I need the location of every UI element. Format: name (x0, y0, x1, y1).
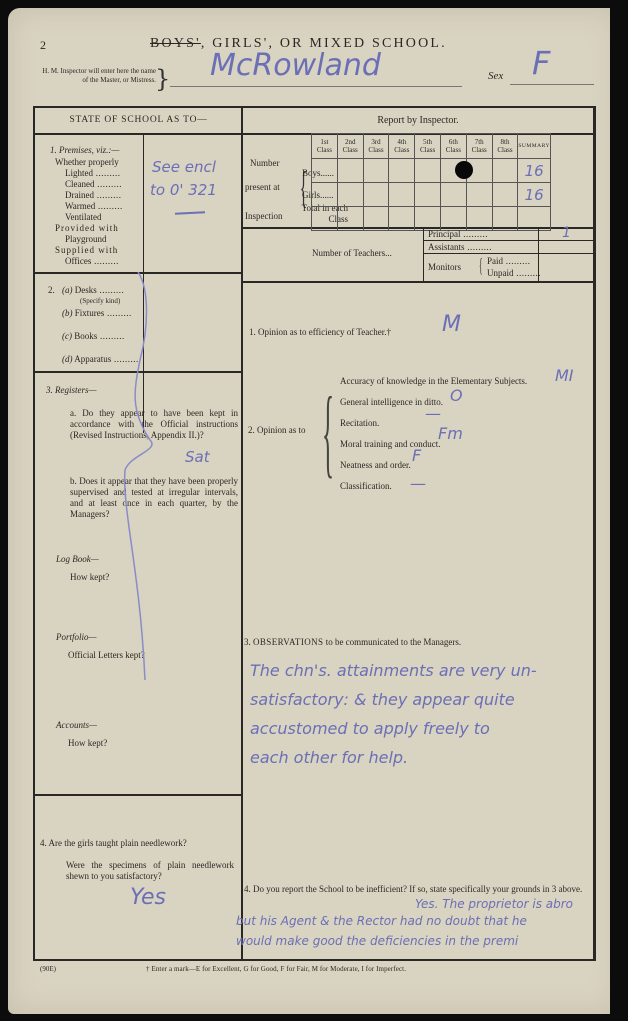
class-header: 3rd Class (363, 134, 389, 159)
observation-line: each other for help. (250, 743, 600, 772)
sex-handwritten[interactable]: F (532, 44, 550, 82)
teachers-unpaid-label: Unpaid (487, 268, 541, 279)
opinion-item-value[interactable]: F (412, 446, 421, 465)
opinion-teacher-label: 1. Opinion as to efficiency of Teacher.† (249, 327, 391, 338)
page-number: 2 (40, 38, 46, 53)
opinion-item-value[interactable]: — (410, 474, 426, 493)
teachers-bottom-rule (241, 281, 595, 283)
summary-cell[interactable]: 16 (518, 159, 551, 183)
summary-cell[interactable]: 16 (518, 183, 551, 207)
class-cell[interactable] (440, 207, 466, 231)
teachers-principal-label: Principal (428, 229, 488, 240)
sex-line (510, 84, 594, 85)
needlework-answer-handwritten[interactable]: Yes (130, 885, 166, 910)
premises-line: Playground (65, 234, 107, 245)
opinion-item-label: Moral training and conduct. (340, 439, 440, 450)
equipment-key: (d) (62, 354, 73, 364)
observations-label: 3. OBSERVATIONS to be communicated to th… (244, 637, 461, 648)
scan-border (610, 0, 628, 1021)
equipment-number: 2. (48, 285, 55, 296)
class-cell[interactable] (363, 159, 389, 183)
accounts-label: Accounts— (56, 720, 97, 731)
teachers-assistants-label: Assistants (428, 242, 492, 253)
class-cell[interactable] (363, 183, 389, 207)
opinion-item-value[interactable]: Fm (438, 424, 463, 443)
class-header: 2nd Class (337, 134, 363, 159)
premises-line: Offices (65, 256, 119, 267)
portfolio-label: Portfolio— (56, 632, 97, 643)
observation-line: accustomed to apply freely to (250, 714, 600, 743)
class-cell[interactable] (492, 207, 518, 231)
teachers-principal-value[interactable]: 1 (562, 225, 571, 241)
column-divider (241, 106, 243, 961)
observation-line: The chn's. attainments are very un- (250, 656, 600, 685)
class-cell[interactable] (312, 159, 338, 183)
right-heading: Report by Inspector. (242, 115, 594, 126)
class-cell[interactable] (337, 183, 363, 207)
equipment-label: Books (74, 331, 125, 341)
form-code: (90E) (40, 965, 56, 973)
opinion-item-label: Recitation. (340, 418, 379, 429)
summary-cell[interactable] (518, 207, 551, 231)
number-label: Number (250, 158, 280, 169)
opinion-item-value[interactable]: O (450, 386, 463, 405)
inefficient-answer-line[interactable]: Yes. The proprietor is abro (415, 897, 573, 911)
class-cell[interactable] (363, 207, 389, 231)
left-heading-rule (33, 133, 242, 135)
opinion-item-label: Classification. (340, 481, 392, 492)
class-attendance-table: 1st Class2nd Class3rd Class4th Class5th … (311, 133, 551, 231)
form-frame (33, 106, 595, 961)
premises-line: Cleaned (65, 179, 122, 190)
class-cell[interactable] (440, 183, 466, 207)
equipment-label: Desks (75, 285, 125, 295)
master-name-handwritten[interactable]: McRowland (210, 48, 381, 83)
premises-handwritten[interactable]: See encl (152, 158, 216, 176)
registers-bottom-rule (33, 794, 242, 796)
observations-handwritten[interactable]: The chn's. attainments are very un- sati… (250, 656, 600, 772)
premises-line: Lighted (65, 168, 121, 179)
equipment-key: (a) (62, 285, 73, 295)
opinion-item-value[interactable]: MI (555, 366, 574, 385)
teachers-paid-label: Paid (487, 256, 531, 267)
class-cell[interactable] (492, 159, 518, 183)
class-cell[interactable] (415, 183, 441, 207)
premises-line: Whether properly (55, 157, 119, 168)
brace-icon: { (479, 255, 483, 278)
class-cell[interactable] (337, 207, 363, 231)
class-cell[interactable] (415, 207, 441, 231)
log-book-question: How kept? (70, 572, 109, 583)
registers-answer-handwritten[interactable]: Sat (185, 448, 210, 466)
class-header: SUMMARY (518, 134, 551, 159)
class-cell[interactable] (389, 159, 415, 183)
title-struck-word: BOYS' (150, 36, 201, 51)
right-edge (594, 106, 596, 961)
teachers-label: Number of Teachers... (312, 248, 392, 259)
premises-line: Provided with (55, 223, 119, 234)
opinion-as-to-label: 2. Opinion as to (248, 425, 306, 436)
class-header: 1st Class (312, 134, 338, 159)
class-header: 7th Class (466, 134, 492, 159)
equipment-key: (c) (62, 331, 72, 341)
needlework-question-1: 4. Are the girls taught plain needlework… (40, 838, 187, 849)
class-header: 8th Class (492, 134, 518, 159)
brace-icon: { (322, 372, 334, 492)
class-cell[interactable] (492, 183, 518, 207)
accounts-question: How kept? (68, 738, 107, 749)
inspector-note: H. M. Inspector will enter here the name… (38, 67, 156, 85)
class-header: 4th Class (389, 134, 415, 159)
class-cell[interactable] (389, 207, 415, 231)
premises-line: Supplied with (55, 245, 118, 256)
class-cell[interactable] (466, 207, 492, 231)
needlework-question-2: Were the specimens of plain needlework s… (66, 860, 234, 882)
premises-line: Drained (65, 190, 122, 201)
sex-label: Sex (488, 70, 503, 82)
class-cell[interactable] (312, 207, 338, 231)
inefficient-question: 4. Do you report the School to be ineffi… (244, 884, 589, 894)
class-cell[interactable] (312, 183, 338, 207)
inefficient-answer-line[interactable]: would make good the deficiencies in the … (236, 934, 518, 948)
teachers-rule (423, 253, 594, 254)
master-name-line (170, 86, 462, 87)
equipment-note: (Specify kind) (80, 297, 120, 305)
premises-line: Warmed (65, 201, 123, 212)
observations-rest: to be communicated to the Managers. (326, 637, 461, 647)
class-cell[interactable] (337, 159, 363, 183)
teachers-divider (423, 227, 424, 281)
observations-caps: OBSERVATIONS (253, 637, 323, 647)
registers-title: 3. Registers— (46, 385, 97, 396)
log-book-label: Log Book— (56, 554, 99, 565)
premises-handwritten[interactable]: to 0' 321 (150, 181, 217, 199)
class-cell[interactable] (466, 183, 492, 207)
observation-line: satisfactory: & they appear quite (250, 685, 600, 714)
left-heading: STATE OF SCHOOL AS TO— (36, 115, 241, 126)
equipment-key: (b) (62, 308, 73, 318)
class-cell[interactable] (415, 159, 441, 183)
number-label: Inspection (245, 211, 283, 222)
punch-hole (455, 161, 473, 179)
premises-title: 1. Premises, viz.:— (50, 145, 119, 156)
teachers-monitors-label: Monitors (428, 262, 461, 273)
handwritten-bracket-stroke (120, 270, 180, 690)
class-header: 6th Class (440, 134, 466, 159)
brace-icon: } (155, 66, 170, 92)
opinion-item-label: Accuracy of knowledge in the Elementary … (340, 376, 527, 387)
opinion-teacher-value[interactable]: M (442, 312, 461, 337)
premises-line: Ventilated (65, 212, 102, 223)
class-header: 5th Class (415, 134, 441, 159)
opinion-item-value[interactable]: — (425, 404, 441, 423)
number-label: present at (245, 182, 280, 193)
inefficient-answer-line[interactable]: but his Agent & the Rector had no doubt … (236, 914, 527, 928)
observations-number: 3. (244, 637, 251, 647)
class-cell[interactable] (389, 183, 415, 207)
footnote: † Enter a mark—E for Excellent, G for Go… (146, 965, 406, 973)
opinion-item-label: Neatness and order. (340, 460, 411, 471)
